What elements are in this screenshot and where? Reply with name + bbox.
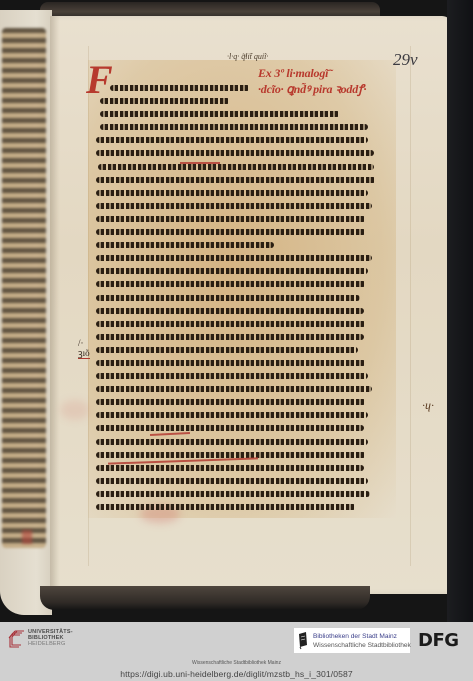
- permalink-url[interactable]: https://digi.ub.uni-heidelberg.de/diglit…: [0, 669, 473, 679]
- mainz-line-1: Bibliotheken der Stadt Mainz: [313, 633, 397, 640]
- folio-number: 29v: [393, 50, 418, 70]
- heidelberg-library-name: UNIVERSITÄTS- BIBLIOTHEK HEIDELBERG: [28, 629, 73, 647]
- manuscript-scan: ·l·q· q̃ͣlit̃ quiĩ· 29v F Ex 3º li·malog…: [0, 0, 473, 622]
- book-icon: [298, 631, 308, 650]
- ub-line-3: HEIDELBERG: [28, 641, 73, 647]
- show-through-text: [2, 28, 46, 548]
- dfg-logo[interactable]: DFG: [418, 630, 459, 651]
- mainz-line-2: Wissenschaftliche Stadtbibliothek: [313, 642, 411, 649]
- ruling-line-right: [410, 46, 411, 566]
- manuscript-text: [96, 82, 388, 514]
- margin-note-mark: /·: [78, 338, 90, 348]
- red-stain: [60, 400, 90, 420]
- margin-note-label: ꝫıõ: [78, 348, 90, 359]
- book-bottom-edge: [40, 586, 370, 610]
- show-through-rubric: [22, 530, 32, 544]
- previous-leaf: [0, 10, 52, 615]
- footer: UNIVERSITÄTS- BIBLIOTHEK HEIDELBERG Bibl…: [0, 622, 473, 681]
- heidelberg-library-logo-icon: [6, 628, 28, 650]
- rubric-line-1: Ex 3º li·malogĩ̃: [258, 66, 328, 81]
- holding-institution: Wissenschaftliche Stadtbibliothek Mainz: [0, 660, 473, 666]
- marginal-top-note: ·l·q· q̃ͣlit̃ quiĩ·: [227, 52, 268, 61]
- red-underline: [180, 162, 220, 164]
- margin-note-left: /· ꝫıõ: [78, 338, 90, 358]
- gutter-shadow: [50, 16, 60, 594]
- mainz-library-logo[interactable]: Bibliotheken der Stadt Mainz Wissenschaf…: [294, 628, 410, 653]
- margin-mark-right: ·ɥ·: [422, 398, 434, 413]
